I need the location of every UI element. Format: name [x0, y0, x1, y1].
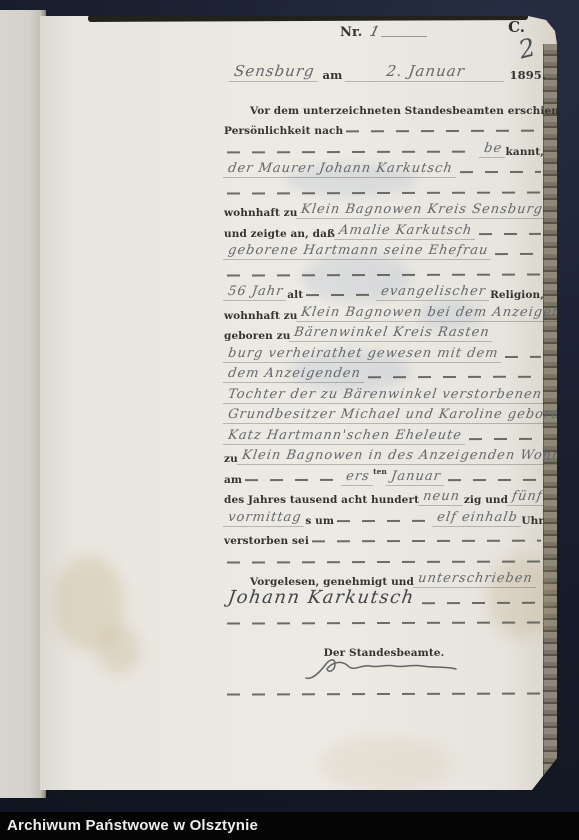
form-line: Grundbesitzer Michael und Karoline gebor… — [224, 404, 544, 425]
handwritten-entry: dem Anzeigenden — [223, 366, 366, 383]
am-label: am — [323, 68, 343, 82]
place-and-date-line: Sensburg am 2. Januar 1895. — [230, 62, 550, 82]
handwritten-entry: Januar — [386, 469, 446, 486]
dash-filler — [306, 294, 374, 296]
printed-form-text: Vor dem unterzeichneten Standesbeamten e… — [250, 105, 579, 117]
printed-form-text: und zeigte an, daß — [224, 228, 335, 240]
printed-form-text: wohnhaft zu — [224, 207, 297, 219]
form-line: Persönlichkeit nach — [224, 117, 544, 138]
handwritten-entry: der Maurer Johann Karkutsch — [223, 161, 458, 178]
form-line: verstorben sei — [224, 527, 544, 548]
paper-stain — [320, 738, 450, 790]
handwritten-date: 2. Januar — [345, 62, 507, 82]
form-line: Vor dem unterzeichneten Standesbeamten e… — [224, 96, 544, 117]
handwritten-entry: Amalie Karkutsch — [334, 223, 477, 240]
dash-filler — [448, 478, 541, 480]
form-line — [224, 260, 544, 281]
dash-filler — [227, 273, 541, 276]
printed-form-text: geboren zu — [224, 330, 290, 342]
form-line: Tochter der zu Bärenwinkel verstorbenen — [224, 383, 544, 404]
form-lines: Vor dem unterzeichneten Standesbeamten e… — [224, 96, 544, 700]
form-line: burg verheirathet gewesen mit dem — [224, 342, 544, 363]
register-page: Nr. 1 C. 2 Sensburg am 2. Januar 1895. V… — [40, 16, 557, 790]
dash-filler — [505, 355, 541, 357]
form-line: geboren zuBärenwinkel Kreis Rasten — [224, 322, 544, 343]
archive-watermark-text: Archiwum Państwowe w Olsztynie — [7, 817, 258, 834]
printed-form-text: Religion, — [490, 289, 544, 301]
form-line — [224, 178, 544, 199]
form-line: geborene Hartmann seine Ehefrau — [224, 240, 544, 261]
form-line: der Maurer Johann Karkutsch — [224, 158, 544, 179]
handwritten-entry: Bärenwinkel Kreis Rasten — [289, 325, 495, 342]
printed-form-text: Uhr — [521, 515, 544, 527]
dash-filler — [312, 540, 541, 543]
printed-form-text: des Jahres tausend acht hundert — [224, 494, 419, 506]
dash-filler — [227, 621, 541, 624]
dash-filler — [227, 692, 541, 695]
printed-year: 1895. — [509, 68, 546, 82]
printed-form-text: kannt, — [506, 146, 544, 158]
printed-form-text: am — [224, 474, 242, 486]
record-number-row: Nr. 1 — [340, 24, 427, 40]
dash-filler — [227, 191, 541, 194]
nr-label: Nr. — [340, 25, 362, 40]
handwritten-entry: Tochter der zu Bärenwinkel verstorbenen — [223, 387, 547, 404]
handwritten-entry: Grundbesitzer Michael und Karoline gebor… — [223, 407, 579, 424]
archive-watermark-bar: Archiwum Państwowe w Olsztynie — [0, 812, 579, 840]
dash-filler — [368, 376, 541, 379]
dash-filler — [227, 150, 477, 153]
handwritten-entry: 56 Jahr — [223, 284, 289, 301]
printed-form-text: ten — [373, 467, 387, 476]
handwritten-entry: Klein Bagnowen Kreis Sensburg — [296, 202, 548, 219]
printed-form-text: zu — [224, 453, 238, 465]
form-line: und zeigte an, daßAmalie Karkutsch — [224, 219, 544, 240]
form-line: des Jahres tausend acht hundertneunzig u… — [224, 486, 544, 507]
form-line: zuKlein Bagnowen in des Anzeigenden Wohn… — [224, 445, 544, 466]
form-line: Katz Hartmann'schen Eheleute — [224, 424, 544, 445]
form-line: dem Anzeigenden — [224, 363, 544, 384]
handwritten-entry: elf einhalb — [432, 510, 523, 527]
scanned-register-photo: Nr. 1 C. 2 Sensburg am 2. Januar 1895. V… — [0, 0, 579, 840]
handwritten-entry: burg verheirathet gewesen mit dem — [223, 346, 504, 363]
form-line: wohnhaft zuKlein Bagnowen bei dem Anzeig… — [224, 301, 544, 322]
printed-form-text: Persönlichkeit nach — [224, 125, 343, 137]
handwritten-page-number: 2 — [516, 33, 538, 65]
handwritten-entry: Katz Hartmann'schen Eheleute — [223, 428, 467, 445]
dash-filler — [479, 232, 541, 234]
adjacent-page-edge — [0, 10, 46, 798]
form-line — [224, 609, 544, 630]
form-line: wohnhaft zuKlein Bagnowen Kreis Sensburg — [224, 199, 544, 220]
handwritten-entry: be — [478, 141, 506, 158]
nr-underline — [381, 36, 427, 37]
form-line: 56 JahraltevangelischerReligion, — [224, 281, 544, 302]
printed-form-text: s um — [305, 515, 334, 527]
handwritten-entry: ers — [340, 469, 374, 486]
form-line: bekannt, — [224, 137, 544, 158]
handwritten-entry: fünf — [507, 489, 548, 506]
handwritten-entry: Klein Bagnowen bei dem Anzeigenden — [296, 305, 579, 322]
form-letter-c: C. — [508, 18, 525, 36]
dash-filler — [460, 171, 541, 173]
dash-filler — [495, 253, 541, 255]
handwritten-entry: evangelischer — [376, 284, 491, 301]
form-line — [224, 547, 544, 568]
dash-filler — [245, 478, 338, 480]
form-line: amerstenJanuar — [224, 465, 544, 486]
dash-filler — [337, 519, 430, 521]
handwritten-entry: unterschrieben — [413, 571, 538, 588]
registrar-signature-flourish — [302, 654, 462, 684]
handwritten-entry: neun — [418, 489, 465, 506]
page-top-edge-damage — [88, 13, 528, 22]
printed-form-text: verstorben sei — [224, 535, 309, 547]
handwritten-entry: geborene Hartmann seine Ehefrau — [223, 243, 494, 260]
handwritten-entry: Johann Karkutsch — [222, 587, 420, 609]
printed-form-text: wohnhaft zu — [224, 310, 297, 322]
printed-form-text: alt — [287, 289, 303, 301]
dash-filler — [227, 560, 541, 563]
handwritten-entry: vormittag — [223, 510, 307, 527]
handwritten-place: Sensburg — [229, 62, 320, 82]
handwritten-entry: Klein Bagnowen in des Anzeigenden Wohnun… — [237, 448, 579, 465]
paper-stain — [98, 626, 140, 674]
dash-filler — [346, 130, 541, 133]
printed-form-text: zig und — [464, 494, 508, 506]
form-line: Johann Karkutsch — [224, 588, 544, 609]
nr-handwritten-value: 1 — [368, 24, 381, 40]
dash-filler — [469, 437, 541, 439]
form-line: Vorgelesen, genehmigt undunterschrieben — [224, 568, 544, 589]
form-line: vormittags umelf einhalbUhr — [224, 506, 544, 527]
dash-filler — [422, 601, 541, 603]
